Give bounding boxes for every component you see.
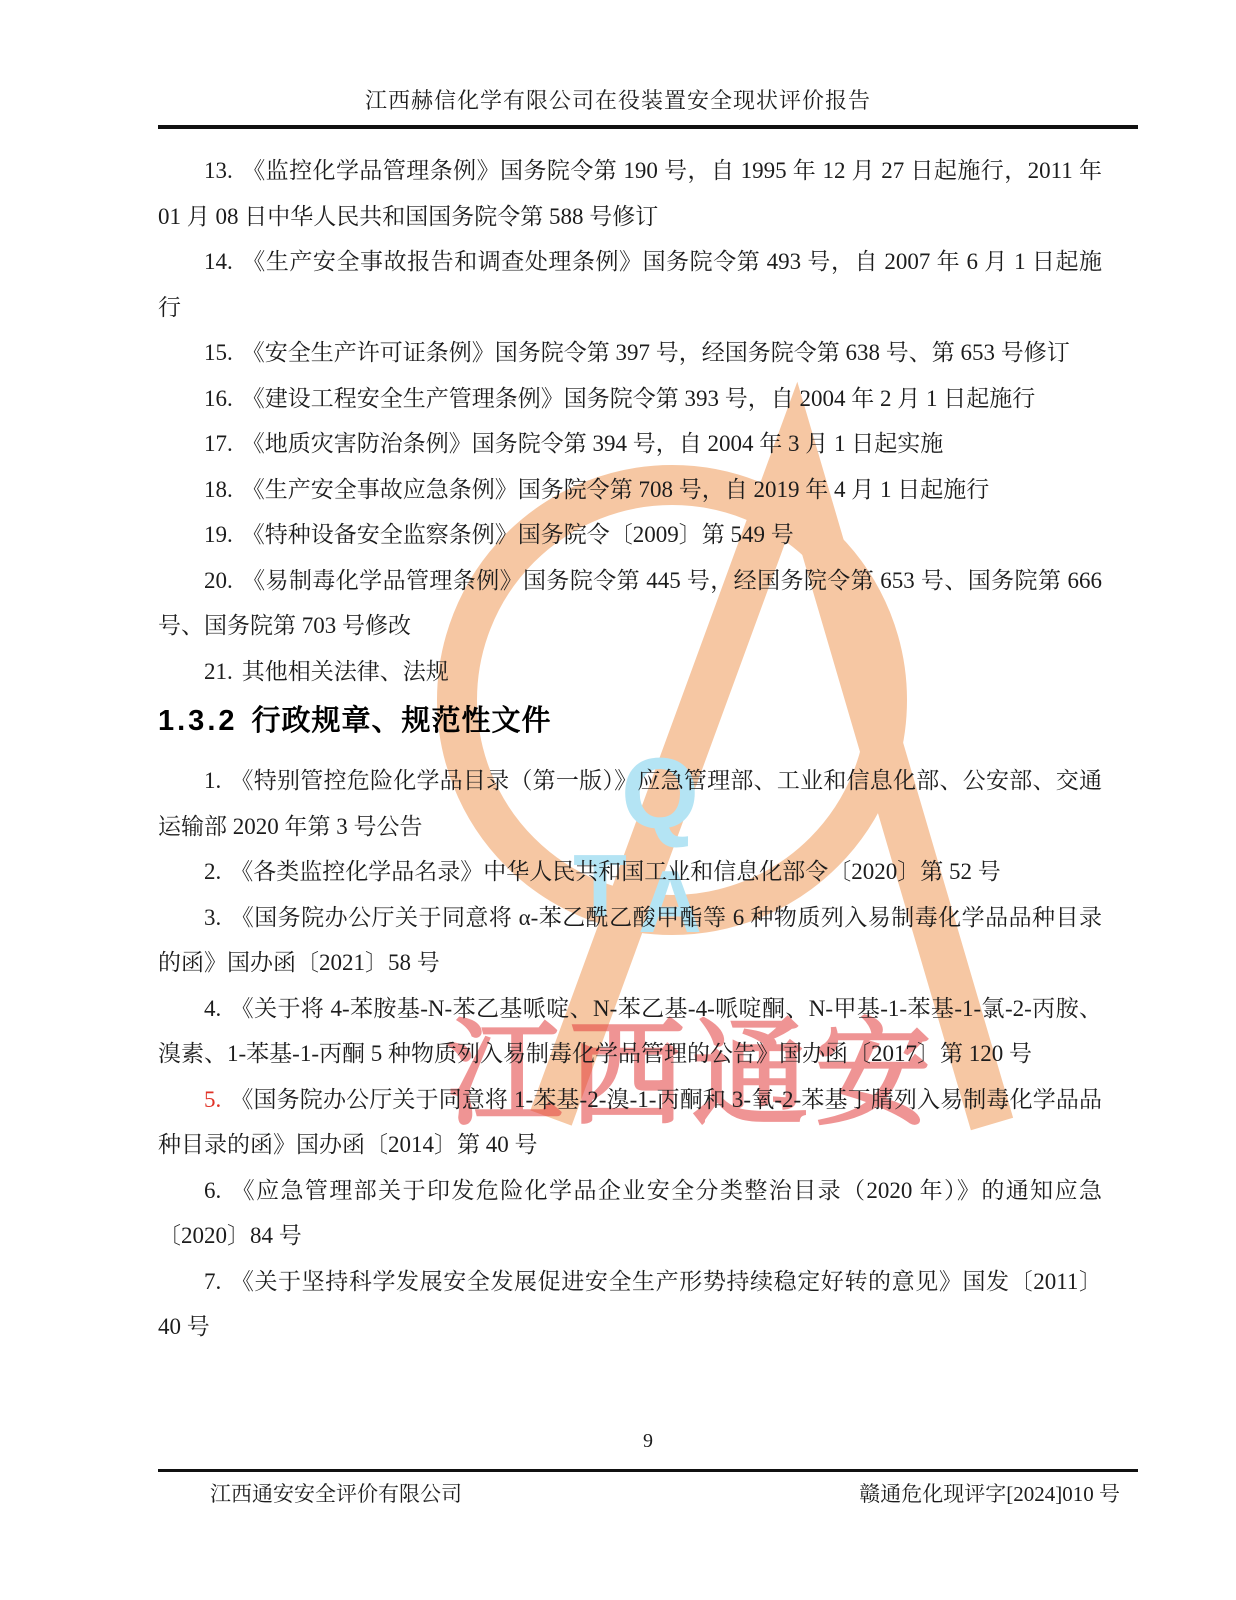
section-heading: 1.3.2行政规章、规范性文件 — [158, 698, 1102, 744]
item-text: 《易制毒化学品管理条例》国务院令第 445 号，经国务院令第 653 号、国务院… — [158, 568, 1102, 639]
item-text: 《关于坚持科学发展安全发展促进安全生产形势持续稳定好转的意见》国发〔2011〕4… — [158, 1269, 1102, 1340]
item-number: 17. — [204, 431, 233, 456]
item-text: 《国务院办公厅关于同意将 α-苯乙酰乙酸甲酯等 6 种物质列入易制毒化学品品种目… — [158, 905, 1102, 976]
header-divider — [158, 125, 1138, 129]
item-text: 《特种设备安全监察条例》国务院令〔2009〕第 549 号 — [242, 522, 794, 547]
body-text: 13.《监控化学品管理条例》国务院令第 190 号，自 1995 年 12 月 … — [158, 148, 1102, 1350]
item-text: 《应急管理部关于印发危险化学品企业安全分类整治目录（2020 年）》的通知应急〔… — [158, 1178, 1102, 1249]
regulation-item: 3.《国务院办公厅关于同意将 α-苯乙酰乙酸甲酯等 6 种物质列入易制毒化学品品… — [158, 895, 1102, 986]
item-number: 2. — [204, 859, 221, 884]
item-text: 《地质灾害防治条例》国务院令第 394 号，自 2004 年 3 月 1 日起实… — [242, 431, 944, 456]
item-text: 《生产安全事故报告和调查处理条例》国务院令第 493 号，自 2007 年 6 … — [158, 249, 1102, 320]
item-text: 《特别管控危险化学品目录（第一版）》应急管理部、工业和信息化部、公安部、交通运输… — [158, 768, 1102, 839]
item-number: 21. — [204, 659, 233, 684]
item-text: 《生产安全事故应急条例》国务院令第 708 号，自 2019 年 4 月 1 日… — [242, 477, 990, 502]
item-text: 其他相关法律、法规 — [242, 659, 449, 684]
item-text: 《建设工程安全生产管理条例》国务院令第 393 号，自 2004 年 2 月 1… — [242, 386, 1036, 411]
item-number: 15. — [204, 340, 233, 365]
regulation-item: 4.《关于将 4-苯胺基-N-苯乙基哌啶、N-苯乙基-4-哌啶酮、N-甲基-1-… — [158, 986, 1102, 1077]
document-page: Q T A 江西通安 江西赫信化学有限公司在役装置安全现状评价报告 13.《监控… — [0, 0, 1236, 1600]
item-number: 16. — [204, 386, 233, 411]
legal-item: 16.《建设工程安全生产管理条例》国务院令第 393 号，自 2004 年 2 … — [158, 376, 1102, 422]
legal-item: 13.《监控化学品管理条例》国务院令第 190 号，自 1995 年 12 月 … — [158, 148, 1102, 239]
legal-item: 18.《生产安全事故应急条例》国务院令第 708 号，自 2019 年 4 月 … — [158, 467, 1102, 513]
item-number: 3. — [204, 905, 221, 930]
footer-company-name: 江西通安安全评价有限公司 — [210, 1478, 462, 1508]
item-number: 20. — [204, 568, 233, 593]
item-number: 7. — [204, 1269, 221, 1294]
footer-divider — [158, 1469, 1138, 1472]
item-number: 1. — [204, 768, 221, 793]
legal-item: 14.《生产安全事故报告和调查处理条例》国务院令第 493 号，自 2007 年… — [158, 239, 1102, 330]
item-text: 《国务院办公厅关于同意将 1-苯基-2-溴-1-丙酮和 3-氧-2-苯基丁腈列入… — [158, 1087, 1102, 1158]
item-number: 19. — [204, 522, 233, 547]
page-number: 9 — [158, 1430, 1138, 1453]
legal-item: 15.《安全生产许可证条例》国务院令第 397 号，经国务院令第 638 号、第… — [158, 330, 1102, 376]
legal-item: 20.《易制毒化学品管理条例》国务院令第 445 号，经国务院令第 653 号、… — [158, 558, 1102, 649]
legal-item: 19.《特种设备安全监察条例》国务院令〔2009〕第 549 号 — [158, 512, 1102, 558]
regulation-item: 1.《特别管控危险化学品目录（第一版）》应急管理部、工业和信息化部、公安部、交通… — [158, 758, 1102, 849]
regulation-item: 5.《国务院办公厅关于同意将 1-苯基-2-溴-1-丙酮和 3-氧-2-苯基丁腈… — [158, 1077, 1102, 1168]
item-number: 14. — [204, 249, 233, 274]
item-number: 6. — [204, 1178, 221, 1203]
page-content: 江西赫信化学有限公司在役装置安全现状评价报告 13.《监控化学品管理条例》国务院… — [0, 0, 1236, 1600]
item-number: 13. — [204, 158, 233, 183]
page-header-title: 江西赫信化学有限公司在役装置安全现状评价报告 — [0, 84, 1236, 115]
page-footer: 江西通安安全评价有限公司 赣通危化现评字[2024]010 号 — [158, 1478, 1138, 1508]
legal-item: 17.《地质灾害防治条例》国务院令第 394 号，自 2004 年 3 月 1 … — [158, 421, 1102, 467]
section-number: 1.3.2 — [158, 705, 238, 737]
item-text: 《监控化学品管理条例》国务院令第 190 号，自 1995 年 12 月 27 … — [158, 158, 1102, 229]
regulation-item: 6.《应急管理部关于印发危险化学品企业安全分类整治目录（2020 年）》的通知应… — [158, 1168, 1102, 1259]
item-number: 18. — [204, 477, 233, 502]
regulation-item: 7.《关于坚持科学发展安全发展促进安全生产形势持续稳定好转的意见》国发〔2011… — [158, 1259, 1102, 1350]
item-text: 《关于将 4-苯胺基-N-苯乙基哌啶、N-苯乙基-4-哌啶酮、N-甲基-1-苯基… — [158, 996, 1102, 1067]
footer-document-number: 赣通危化现评字[2024]010 号 — [859, 1478, 1120, 1508]
item-text: 《安全生产许可证条例》国务院令第 397 号，经国务院令第 638 号、第 65… — [242, 340, 1070, 365]
legal-item: 21.其他相关法律、法规 — [158, 649, 1102, 695]
item-number-highlighted: 5. — [204, 1087, 221, 1112]
regulation-item: 2.《各类监控化学品名录》中华人民共和国工业和信息化部令〔2020〕第 52 号 — [158, 849, 1102, 895]
item-number: 4. — [204, 996, 221, 1021]
item-text: 《各类监控化学品名录》中华人民共和国工业和信息化部令〔2020〕第 52 号 — [230, 859, 1001, 884]
section-title: 行政规章、规范性文件 — [252, 705, 552, 737]
